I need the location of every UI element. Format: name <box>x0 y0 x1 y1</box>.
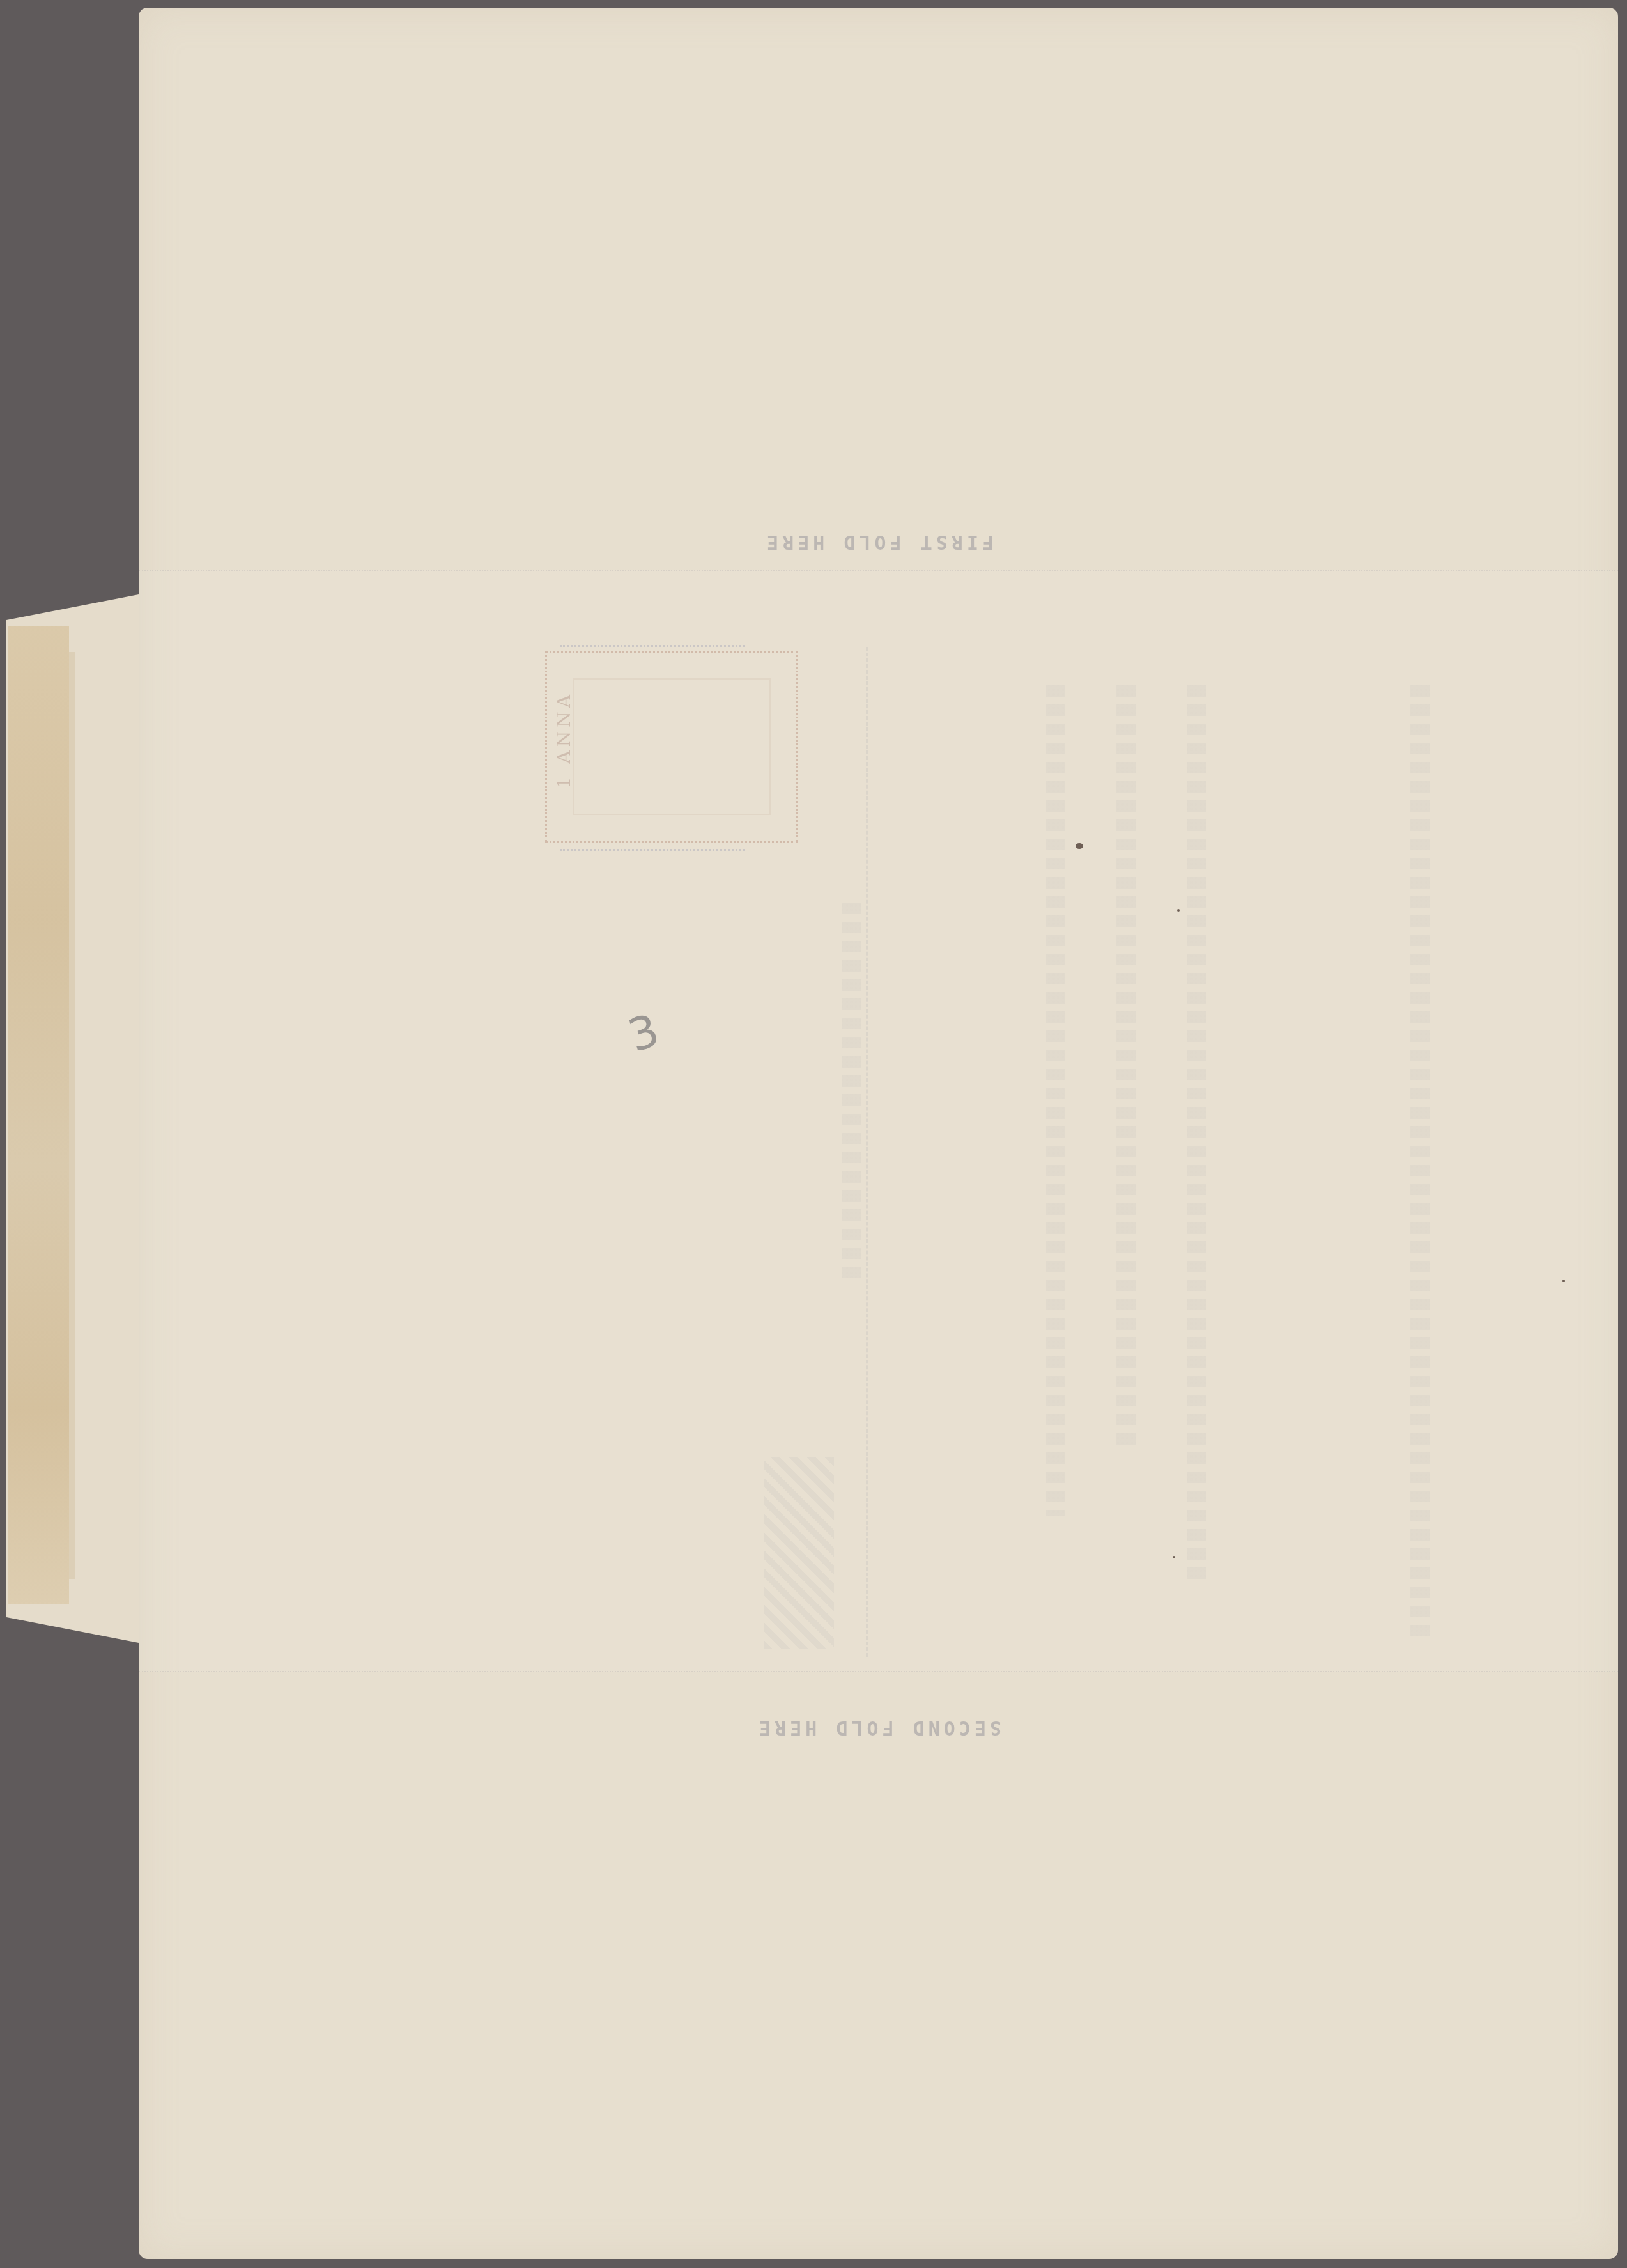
address-divider-line <box>866 647 868 1657</box>
stamp-value-label: 1 ANNA <box>553 691 574 788</box>
glue-stain <box>8 626 69 1604</box>
letter-sheet: FIRST FOLD HERE SECOND FOLD HERE 1 ANNA … <box>139 8 1618 2259</box>
publisher-logo-bleed-through <box>764 1457 834 1649</box>
paper-spot <box>1173 1556 1175 1558</box>
paper-spot <box>1076 843 1083 849</box>
bleed-through-text-column <box>1410 685 1430 1644</box>
paper-spot <box>1177 909 1180 912</box>
bleed-through-text-column <box>1046 685 1065 1516</box>
bleed-through-text-column <box>1187 685 1206 1580</box>
stamp-perforation-bottom <box>560 849 745 851</box>
glue-stain-edge <box>69 652 75 1579</box>
bleed-through-text-column <box>842 903 861 1286</box>
bleed-through-text-column <box>1116 685 1136 1452</box>
first-fold-label: FIRST FOLD HERE <box>139 531 1618 553</box>
stamp-perforation-top <box>560 645 745 647</box>
stamp-bleed-through: 1 ANNA <box>545 651 798 843</box>
fold-panel <box>139 570 1618 1672</box>
paper-spot <box>1562 1280 1565 1282</box>
second-fold-label: SECOND FOLD HERE <box>139 1716 1618 1739</box>
stamp-frame <box>573 678 771 815</box>
